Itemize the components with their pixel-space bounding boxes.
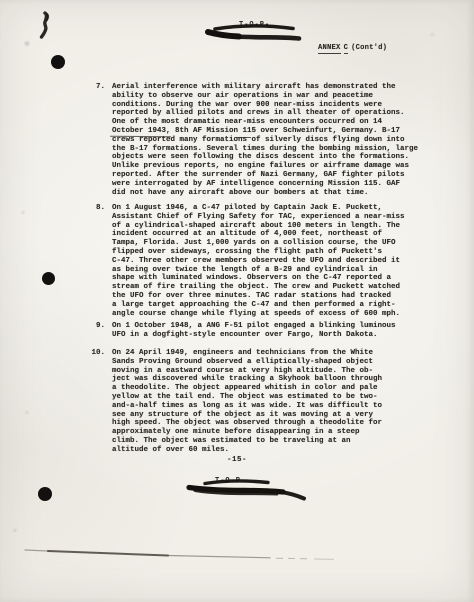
scan-speck xyxy=(428,32,437,37)
paragraph-number: 7. xyxy=(78,83,105,92)
paragraph-7: 7. Aerial interference with military air… xyxy=(78,83,418,197)
annex-contd: (Cont'd) xyxy=(351,44,387,52)
pen-underline-mark xyxy=(236,137,251,138)
scan-speck xyxy=(12,528,18,533)
scan-speck xyxy=(23,40,31,47)
paragraph-8: 8. On 1 August 1946, a C-47 piloted by C… xyxy=(78,204,405,318)
scanned-document-page: T-O-P- ANNEXC(Cont'd) 7. Aerial interfer… xyxy=(0,0,474,602)
hole-punch-mark xyxy=(51,55,65,69)
hole-punch-mark xyxy=(42,272,55,285)
paragraph-number: 10. xyxy=(78,349,105,358)
page-number: -15- xyxy=(214,456,260,464)
paragraph-number: 9. xyxy=(78,322,105,331)
paragraph-text: On 24 April 1949, engineers and technici… xyxy=(112,349,382,455)
bottom-classification-strikethrough: T-O-P xyxy=(183,471,313,509)
scan-speck xyxy=(24,410,30,415)
paragraph-text: Aerial interference with military aircra… xyxy=(112,83,418,197)
annex-section-letter: C xyxy=(344,44,349,54)
scratch-line-artifact xyxy=(18,544,348,562)
paragraph-text: On 1 August 1946, a C-47 piloted by Capt… xyxy=(112,204,405,318)
top-classification-strikethrough: T-O-P- xyxy=(205,12,315,46)
paragraph-text: On 1 October 1948, a ANG F-51 pilot enga… xyxy=(112,322,396,340)
paragraph-10: 10. On 24 April 1949, engineers and tech… xyxy=(78,349,382,455)
paragraph-number: 8. xyxy=(78,204,105,213)
ink-smudge-artifact xyxy=(36,11,56,41)
hole-punch-mark xyxy=(38,487,52,501)
annex-word: ANNEX xyxy=(318,44,341,54)
paragraph-9: 9. On 1 October 1948, a ANG F-51 pilot e… xyxy=(78,322,396,340)
scan-speck xyxy=(20,210,26,215)
annex-header: ANNEXC(Cont'd) xyxy=(318,44,390,52)
